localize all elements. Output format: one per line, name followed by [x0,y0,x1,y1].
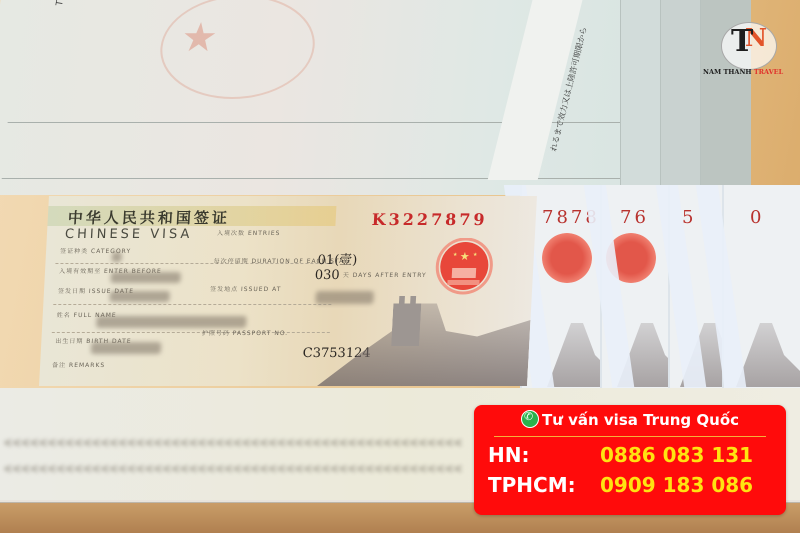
great-wall-tower [391,296,422,346]
entries-label: 入境次数 ENTRIES [217,230,281,238]
full-name-redacted [96,316,247,328]
hotline-label: HN: [488,443,600,467]
issued-at-redacted [315,291,374,304]
photo-scene: ★ THI THỰC — VIS れるまで效力又は上陸許可期限から 7878 7… [0,0,800,533]
remarks-label: 备注 REMARKS [52,362,105,370]
visa-title-chinese: 中华人民共和国签证 [67,207,230,228]
chinese-visa-sticker: 中华人民共和国签证 CHINESE VISA K3227879 签证种类 CAT… [39,196,537,386]
upper-passport-page: ★ [0,0,722,195]
page-crease [8,122,708,123]
visa-number: K3227879 [371,210,488,229]
svg-text:★: ★ [473,252,478,258]
mrz-line-redacted: <<<<<<<<<<<<<<<<<<<<<<<<<<<<<<<<<<<<<<<<… [4,436,463,451]
enter-before-redacted [110,272,181,283]
banner-title-text: Tư vấn visa Trung Quốc [542,411,739,429]
banner-title: Tư vấn visa Trung Quốc [474,410,786,429]
banner-divider [494,436,766,437]
issue-date-redacted [109,291,170,302]
nam-thanh-travel-logo: N T NAM THANH TRAVEL [703,18,789,76]
star-watermark-icon: ★ [179,15,220,61]
passport-no-label: 护照号码 PASSPORT NO. [202,330,289,338]
category-value-redacted [112,252,123,262]
mrz-line-redacted: <<<<<<<<<<<<<<<<<<<<<<<<<<<<<<<<<<<<<<<<… [4,462,463,477]
hotline-hn: HN:0886 083 131 [488,443,753,467]
brand-name: NAM THANH [703,68,752,76]
hotline-number[interactable]: 0886 083 131 [600,443,753,467]
duration-label: 每次停留期 DURATION OF EACH STAY [213,258,348,266]
visa-consultation-banner: Tư vấn visa Trung Quốc HN:0886 083 131 T… [474,405,786,515]
duration-value: 030 [314,268,340,283]
hotline-tphcm: TPHCM:0909 183 086 [488,473,753,497]
national-emblem-icon [542,233,592,283]
svg-text:★: ★ [460,250,471,263]
visa-number: 5 [682,207,696,228]
hotline-label: TPHCM: [488,473,600,497]
field-divider [53,304,331,305]
svg-text:★: ★ [453,252,458,258]
national-emblem-icon: ★ ★ ★ [434,238,495,298]
logo-brand-text: NAM THANH TRAVEL [703,68,783,76]
brand-travel: TRAVEL [754,68,783,76]
birth-date-redacted [91,342,162,354]
issued-at-label: 签发地点 ISSUED AT [210,286,282,294]
duration-suffix: 天 DAYS AFTER ENTRY [343,272,427,280]
logo-letter-t: T [731,27,753,57]
hotline-number[interactable]: 0909 183 086 [600,473,753,497]
visa-title-english: CHINESE VISA [65,227,193,242]
visa-number: 0 [750,207,764,228]
visa-number: 76 [620,207,649,228]
great-wall-illustration [736,307,800,387]
phone-icon [521,410,539,428]
page-crease [2,178,702,179]
